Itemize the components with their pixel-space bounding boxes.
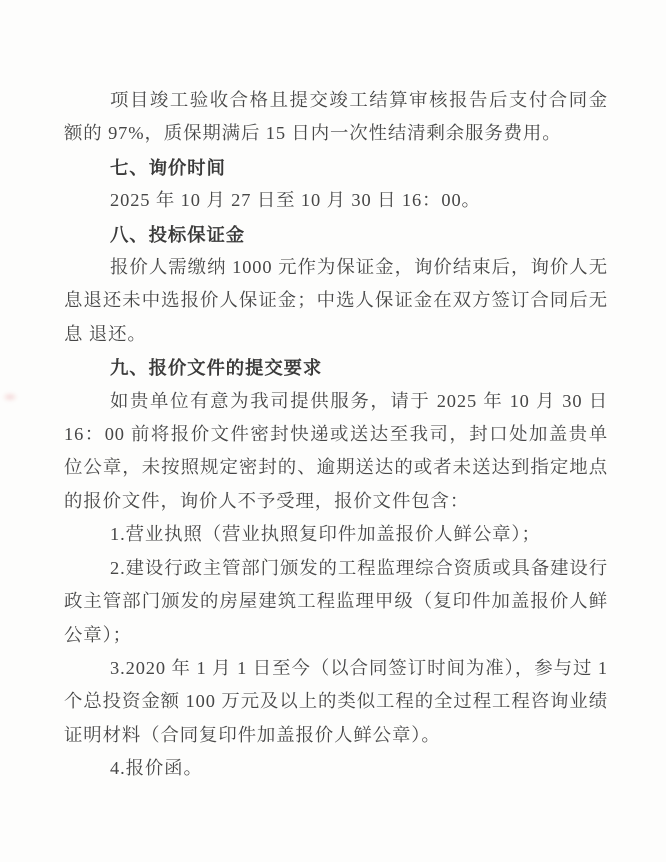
para-inquiry-time-range: 2025 年 10 月 27 日至 10 月 30 日 16：00。 <box>64 184 608 217</box>
scanned-document-page: 项目竣工验收合格且提交竣工结算审核报告后支付合同金额的 97%，质保期满后 15… <box>0 0 666 862</box>
para-submission-instructions: 如贵单位有意为我司提供服务，请于 2025 年 10 月 30 日 16：00 … <box>64 385 608 519</box>
para-bid-deposit-terms: 报价人需缴纳 1000 元作为保证金，询价结束后，询价人无息退还未中选报价人保证… <box>64 251 608 351</box>
heading-section-9-submission-requirements: 九、报价文件的提交要求 <box>64 351 608 384</box>
para-item-4-quotation-letter: 4.报价函。 <box>64 752 608 785</box>
para-payment-terms: 项目竣工验收合格且提交竣工结算审核报告后支付合同金额的 97%，质保期满后 15… <box>64 84 608 151</box>
scan-smudge-artifact <box>2 392 18 402</box>
para-item-2-qualifications: 2.建设行政主管部门颁发的工程监理综合资质或具备建设行政主管部门颁发的房屋建筑工… <box>64 552 608 652</box>
heading-section-8-bid-deposit: 八、投标保证金 <box>64 218 608 251</box>
heading-section-7-inquiry-time: 七、询价时间 <box>64 151 608 184</box>
document-body: 项目竣工验收合格且提交竣工结算审核报告后支付合同金额的 97%，质保期满后 15… <box>64 84 608 786</box>
para-item-1-business-license: 1.营业执照（营业执照复印件加盖报价人鲜公章）； <box>64 518 608 551</box>
para-item-3-track-record: 3.2020 年 1 月 1 日至今（以合同签订时间为准），参与过 1 个总投资… <box>64 652 608 752</box>
